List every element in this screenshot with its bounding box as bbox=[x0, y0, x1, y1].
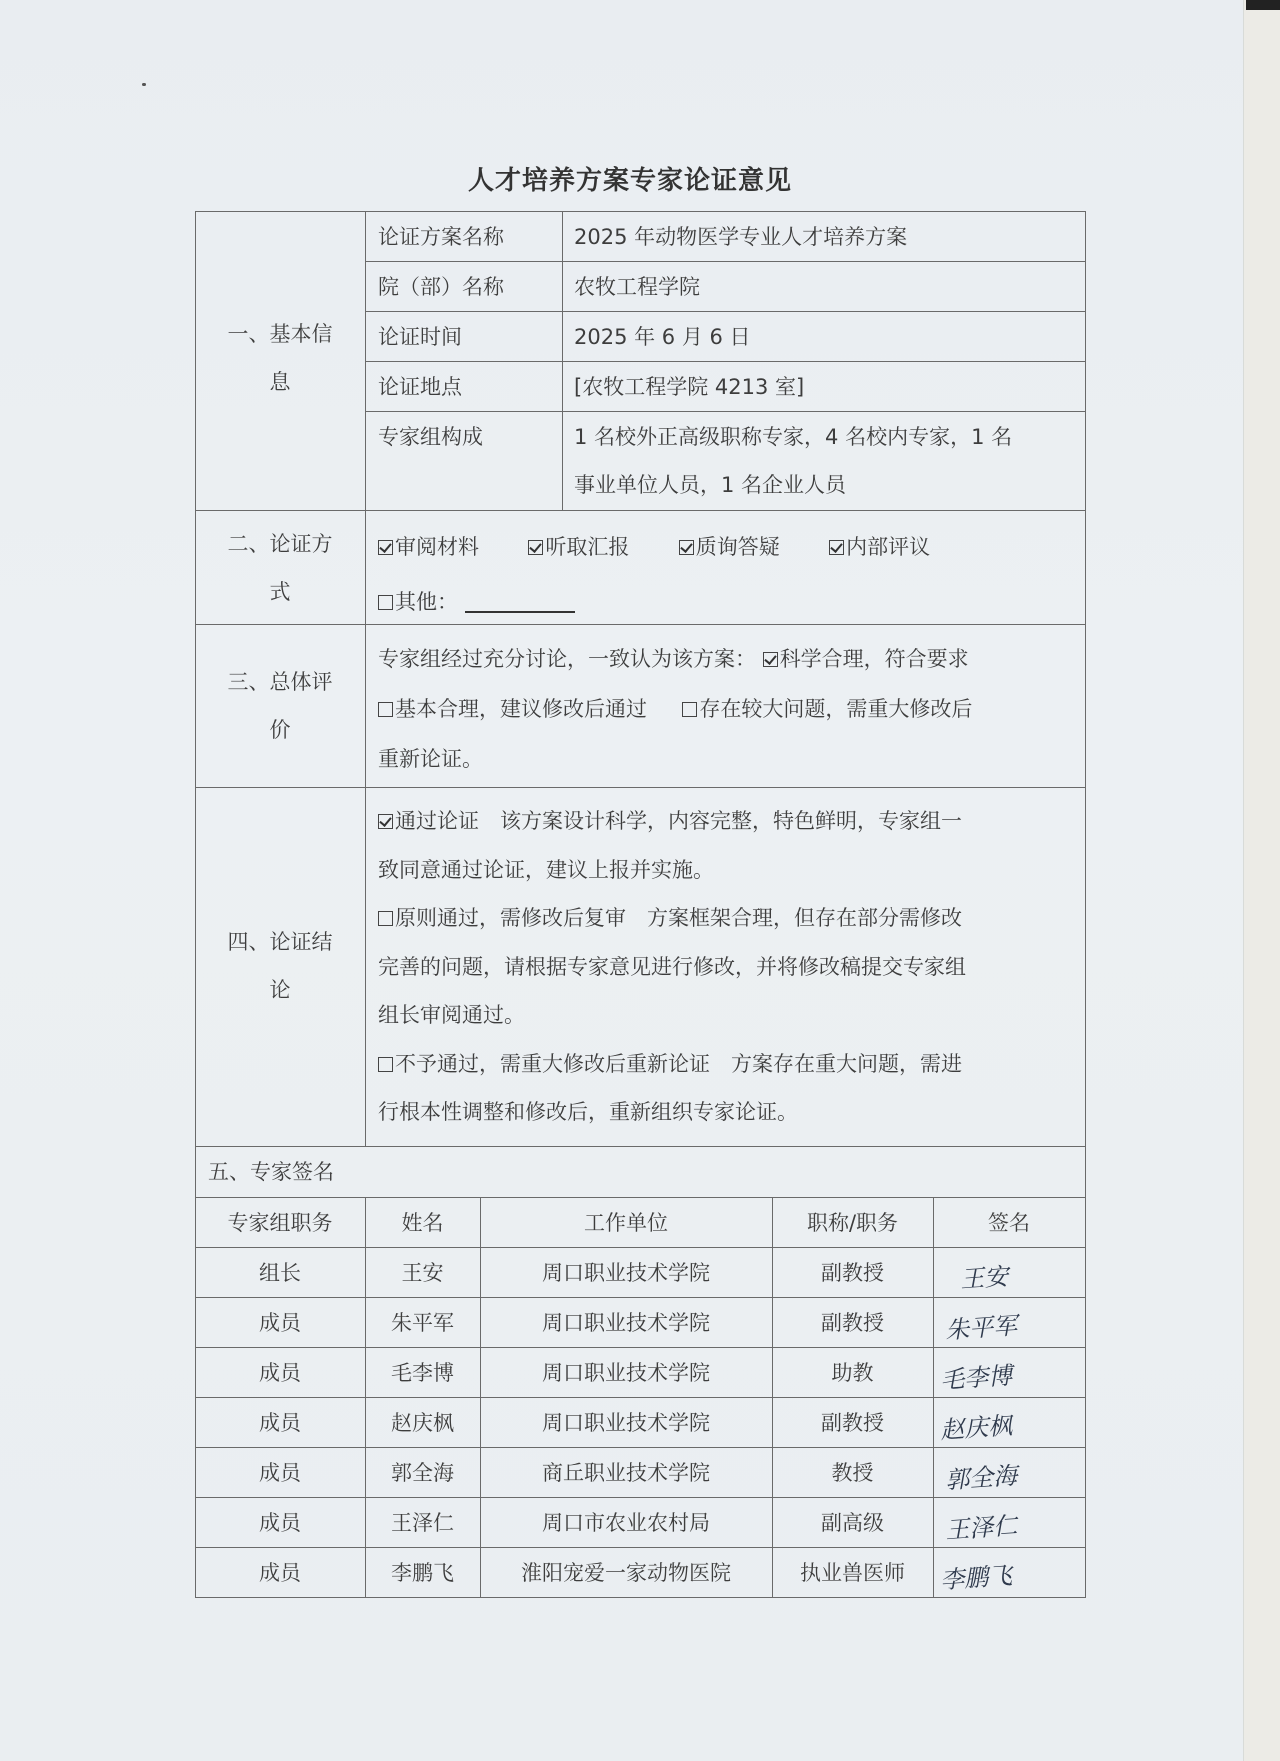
section4-label-line1: 四、论证结 bbox=[195, 918, 365, 966]
handwritten-signature: 毛李博 bbox=[939, 1356, 1013, 1396]
method-options: 审阅材料 听取汇报 质询答疑 内部评议 其他： bbox=[378, 520, 930, 630]
cell-title: 助教 bbox=[772, 1348, 933, 1398]
handwritten-signature: 王泽仁 bbox=[944, 1506, 1018, 1546]
cell-unit: 商丘职业技术学院 bbox=[480, 1448, 772, 1498]
col-header-role: 专家组职务 bbox=[195, 1198, 365, 1248]
cell-title: 副教授 bbox=[772, 1248, 933, 1298]
section1-label: 一、基本信 息 bbox=[195, 310, 365, 406]
cell-role: 成员 bbox=[195, 1448, 365, 1498]
field-label-date: 论证时间 bbox=[378, 312, 462, 362]
cell-role: 成员 bbox=[195, 1348, 365, 1398]
field-label-plan-name: 论证方案名称 bbox=[378, 212, 504, 262]
cell-name: 王泽仁 bbox=[365, 1498, 480, 1548]
option-text: 致同意通过论证，建议上报并实施。 bbox=[378, 846, 966, 895]
handwritten-signature: 郭全海 bbox=[944, 1456, 1018, 1496]
handwritten-signature: 李鹏飞 bbox=[939, 1556, 1013, 1596]
field-value-panel-composition-line1: 1 名校外正高级职称专家，4 名校内专家，1 名 bbox=[574, 412, 1012, 462]
cell-role: 成员 bbox=[195, 1498, 365, 1548]
cell-name: 朱平军 bbox=[365, 1298, 480, 1348]
handwritten-signature: 朱平军 bbox=[944, 1306, 1018, 1346]
evaluation-tail: 重新论证。 bbox=[378, 734, 972, 784]
cell-role: 成员 bbox=[195, 1398, 365, 1448]
checkbox-checked-icon[interactable] bbox=[679, 540, 694, 555]
section4-label: 四、论证结 论 bbox=[195, 918, 365, 1014]
option-text: 不予通过，需重大修改后重新论证 方案存在重大问题，需进 bbox=[395, 1052, 962, 1076]
option-label: 存在较大问题，需重大修改后 bbox=[699, 697, 972, 721]
checkbox-checked-icon[interactable] bbox=[378, 540, 393, 555]
option-review-materials[interactable]: 审阅材料 bbox=[378, 535, 479, 559]
option-internal-review[interactable]: 内部评议 bbox=[829, 535, 930, 559]
document-title: 人才培养方案专家论证意见 bbox=[0, 160, 1260, 197]
cell-title: 执业兽医师 bbox=[772, 1548, 933, 1598]
cell-name: 郭全海 bbox=[365, 1448, 480, 1498]
section2-label: 二、论证方 式 bbox=[195, 520, 365, 616]
section3-label-line2: 价 bbox=[195, 706, 365, 754]
cell-unit: 周口职业技术学院 bbox=[480, 1348, 772, 1398]
option-basically-reasonable[interactable]: 基本合理，建议修改后通过 bbox=[378, 697, 647, 721]
option-text: 原则通过，需修改后复审 方案框架合理，但存在部分需修改 bbox=[395, 906, 962, 930]
option-pass[interactable]: 通过论证 该方案设计科学，内容完整，特色鲜明，专家组一 bbox=[378, 797, 966, 846]
option-label: 基本合理，建议修改后通过 bbox=[395, 697, 647, 721]
divider bbox=[365, 211, 366, 1146]
checkbox-checked-icon[interactable] bbox=[829, 540, 844, 555]
option-text: 完善的问题，请根据专家意见进行修改，并将修改稿提交专家组 bbox=[378, 943, 966, 992]
section2-label-line2: 式 bbox=[195, 568, 365, 616]
field-value-location: [农牧工程学院 4213 室] bbox=[574, 362, 804, 412]
handwritten-signature: 王安 bbox=[959, 1256, 1009, 1294]
option-label: 听取汇报 bbox=[545, 535, 629, 559]
cell-role: 组长 bbox=[195, 1248, 365, 1298]
option-major-issues[interactable]: 存在较大问题，需重大修改后 bbox=[682, 697, 972, 721]
option-fail[interactable]: 不予通过，需重大修改后重新论证 方案存在重大问题，需进 bbox=[378, 1040, 966, 1089]
section2-label-line1: 二、论证方 bbox=[195, 520, 365, 568]
cell-role: 成员 bbox=[195, 1548, 365, 1598]
other-blank-field[interactable] bbox=[465, 591, 575, 613]
section1-label-line1: 一、基本信 bbox=[195, 310, 365, 358]
cell-title: 副高级 bbox=[772, 1498, 933, 1548]
field-value-date: 2025 年 6 月 6 日 bbox=[574, 312, 751, 362]
section5-label: 五、专家签名 bbox=[208, 1147, 334, 1197]
section1-label-line2: 息 bbox=[195, 358, 365, 406]
cell-name: 毛李博 bbox=[365, 1348, 480, 1398]
divider bbox=[195, 510, 1085, 511]
option-text: 行根本性调整和修改后，重新组织专家论证。 bbox=[378, 1088, 966, 1137]
option-scientific[interactable]: 科学合理，符合要求 bbox=[763, 647, 969, 671]
col-header-signature: 签名 bbox=[933, 1198, 1085, 1248]
cell-unit: 周口职业技术学院 bbox=[480, 1298, 772, 1348]
checkbox-unchecked-icon[interactable] bbox=[378, 595, 393, 610]
checkbox-unchecked-icon[interactable] bbox=[682, 702, 697, 717]
cell-unit: 周口职业技术学院 bbox=[480, 1398, 772, 1448]
cell-unit: 淮阳宠爱一家动物医院 bbox=[480, 1548, 772, 1598]
option-text: 组长审阅通过。 bbox=[378, 991, 966, 1040]
cell-title: 副教授 bbox=[772, 1298, 933, 1348]
cell-title: 副教授 bbox=[772, 1398, 933, 1448]
divider bbox=[195, 787, 1085, 788]
option-hear-report[interactable]: 听取汇报 bbox=[528, 535, 629, 559]
option-conditional-pass[interactable]: 原则通过，需修改后复审 方案框架合理，但存在部分需修改 bbox=[378, 894, 966, 943]
cell-name: 赵庆枫 bbox=[365, 1398, 480, 1448]
cell-unit: 周口职业技术学院 bbox=[480, 1248, 772, 1298]
col-header-unit: 工作单位 bbox=[480, 1198, 772, 1248]
option-text: 通过论证 该方案设计科学，内容完整，特色鲜明，专家组一 bbox=[395, 809, 962, 833]
field-label-panel-composition: 专家组构成 bbox=[378, 412, 483, 462]
field-label-department: 院（部）名称 bbox=[378, 262, 504, 312]
cell-role: 成员 bbox=[195, 1298, 365, 1348]
cell-name: 李鹏飞 bbox=[365, 1548, 480, 1598]
conclusion-options: 通过论证 该方案设计科学，内容完整，特色鲜明，专家组一 致同意通过论证，建议上报… bbox=[378, 797, 966, 1137]
scanner-edge-corner bbox=[1246, 0, 1280, 10]
checkbox-checked-icon[interactable] bbox=[528, 540, 543, 555]
checkbox-unchecked-icon[interactable] bbox=[378, 702, 393, 717]
checkbox-unchecked-icon[interactable] bbox=[378, 911, 393, 926]
option-label: 内部评议 bbox=[846, 535, 930, 559]
cell-title: 教授 bbox=[772, 1448, 933, 1498]
field-label-location: 论证地点 bbox=[378, 362, 462, 412]
cell-unit: 周口市农业农村局 bbox=[480, 1498, 772, 1548]
option-label: 科学合理，符合要求 bbox=[780, 647, 969, 671]
field-value-panel-composition-line2: 事业单位人员，1 名企业人员 bbox=[574, 460, 846, 510]
option-label: 质询答疑 bbox=[696, 535, 780, 559]
scan-speck bbox=[142, 83, 146, 86]
checkbox-unchecked-icon[interactable] bbox=[378, 1057, 393, 1072]
option-qa[interactable]: 质询答疑 bbox=[679, 535, 780, 559]
section3-label-line1: 三、总体评 bbox=[195, 658, 365, 706]
evaluation-intro: 专家组经过充分讨论，一致认为该方案： bbox=[378, 647, 756, 671]
scanner-edge bbox=[1244, 0, 1280, 1761]
cell-name: 王安 bbox=[365, 1248, 480, 1298]
checkbox-checked-icon[interactable] bbox=[763, 652, 778, 667]
handwritten-signature: 赵庆枫 bbox=[939, 1406, 1013, 1446]
option-label: 审阅材料 bbox=[395, 535, 479, 559]
field-value-plan-name: 2025 年动物医学专业人才培养方案 bbox=[574, 212, 907, 262]
col-header-name: 姓名 bbox=[365, 1198, 480, 1248]
checkbox-checked-icon[interactable] bbox=[378, 814, 393, 829]
field-value-department: 农牧工程学院 bbox=[574, 262, 700, 312]
section4-label-line2: 论 bbox=[195, 966, 365, 1014]
overall-evaluation: 专家组经过充分讨论，一致认为该方案： 科学合理，符合要求 基本合理，建议修改后通… bbox=[378, 634, 972, 784]
option-label: 其他： bbox=[395, 590, 458, 614]
col-header-title: 职称/职务 bbox=[772, 1198, 933, 1248]
section3-label: 三、总体评 价 bbox=[195, 658, 365, 754]
option-other[interactable]: 其他： bbox=[378, 590, 458, 614]
